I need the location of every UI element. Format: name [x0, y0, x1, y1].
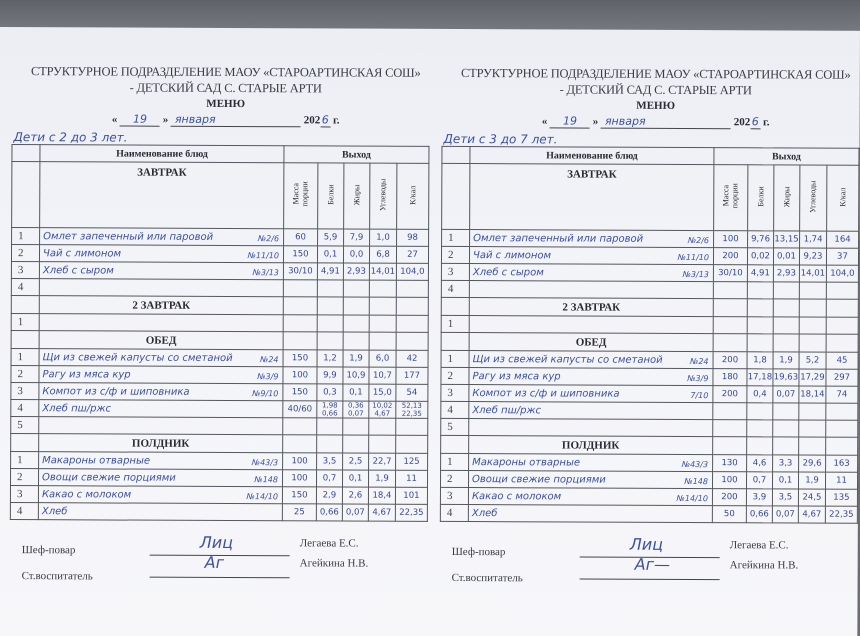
value-carbs: 1,0 — [370, 229, 397, 246]
value-carbs: 1,74 — [800, 231, 827, 248]
value-kcal: 177 — [396, 367, 428, 384]
value-protein: 3,9 — [746, 489, 772, 506]
column-header-label: Масса порции — [292, 182, 310, 207]
value-mass: 100 — [283, 453, 317, 470]
menu-row: 3Какао с молоком№14/102003,93,524,5135 — [440, 487, 857, 506]
dish-cell: Чай с лимоном№11/10 — [469, 247, 713, 265]
value-kcal: 22,35 — [395, 504, 427, 521]
section-title: ЗАВТРАК — [40, 162, 284, 229]
menu-title: МЕНЮ — [12, 97, 440, 111]
senior-teacher-label: Ст.воспитатель — [22, 570, 93, 582]
value-mass — [283, 418, 317, 435]
row-number: 4 — [10, 503, 38, 520]
value-carbs: 29,6 — [799, 455, 826, 472]
value-protein — [317, 418, 343, 435]
dish-name: Чай с лимоном — [473, 250, 551, 261]
empty-cell — [283, 435, 317, 453]
menu-table: Наименование блюдВыходЗАВТРАКМасса порци… — [440, 146, 860, 524]
empty-cell — [317, 297, 343, 315]
dish-name: Рагу из мяса кур — [472, 371, 560, 382]
chef-label: Шеф-повар — [452, 546, 506, 558]
value-carbs: 18,4 — [368, 487, 395, 504]
dish-name: Макароны отварные — [42, 455, 150, 466]
value-carbs: 5,2 — [799, 352, 826, 369]
date-month: января — [601, 115, 731, 130]
value-protein: 4,6 — [747, 455, 773, 472]
value-carbs — [799, 282, 826, 299]
value-carbs: 6,8 — [369, 246, 396, 263]
empty-cell — [713, 299, 747, 317]
dish-name: Хлеб — [472, 508, 498, 519]
value-kcal — [396, 315, 428, 332]
chef-name: Легаева Е.С. — [730, 539, 789, 551]
section-number-cell — [11, 296, 39, 314]
empty-cell — [713, 334, 747, 352]
value-protein: 3,5 — [317, 453, 343, 470]
value-carbs: 14,01 — [799, 265, 826, 282]
dish-cell: Компот из с/ф и шиповника№9/10 — [39, 383, 283, 401]
menu-row: 2Чай с лимоном№11/101500,10,06,827 — [11, 245, 428, 264]
date-year-prefix: 202 — [304, 114, 321, 126]
row-number: 3 — [11, 262, 39, 279]
senior-teacher-signature-line — [150, 577, 290, 579]
value-kcal: 22,35 — [825, 506, 857, 523]
organization-line-1: СТРУКТУРНОЕ ПОДРАЗДЕЛЕНИЕ МАОУ «СТАРОАРТ… — [442, 65, 860, 83]
column-header-label: Масса порции — [722, 184, 740, 209]
column-header-carbs: Углеводы — [800, 165, 827, 231]
value-fat: 0,07 — [773, 386, 799, 403]
section-header-row: ЗАВТРАКМасса порцииБелкиЖирыУглеводыК/ка… — [12, 162, 429, 230]
menu-row: 2Рагу из мяса кур№3/918017,1819,6317,292… — [441, 367, 858, 386]
row-number: 3 — [11, 383, 39, 400]
date-day: 19 — [550, 114, 590, 128]
value-fat: 0,0 — [343, 246, 369, 263]
value-carbs: 4,67 — [368, 504, 395, 521]
value-mass: 180 — [713, 369, 747, 386]
menu-row: 3Компот из с/ф и шиповника№9/101500,30,1… — [11, 383, 428, 402]
value-fat: 10,9 — [343, 367, 369, 384]
value-protein: 1,980,66 — [317, 401, 343, 418]
dish-cell: Рагу из мяса кур№3/9 — [469, 368, 713, 386]
column-header-protein: Белки — [318, 163, 344, 229]
value-protein: 9,76 — [748, 231, 774, 248]
dish-cell: Чай с лимоном№11/10 — [39, 245, 283, 263]
menu-row: 2Овощи свежие порциями№1481000,70,11,911 — [10, 469, 427, 488]
value-kcal: 104,0 — [826, 265, 858, 282]
row-number: 1 — [442, 229, 470, 246]
header-number-cell — [442, 146, 470, 163]
value-protein-part: 1,98 — [317, 401, 342, 409]
value-fat: 7,9 — [344, 229, 370, 246]
date-close-quote: » — [593, 116, 599, 128]
section-number-cell — [441, 332, 469, 350]
recipe-code: №43/3 — [682, 460, 708, 469]
empty-cell — [283, 332, 317, 350]
section-header-row: ПОЛДНИК — [11, 434, 428, 454]
empty-cell — [826, 437, 858, 455]
dish-cell: Хлеб — [38, 503, 282, 521]
section-header-row: ЗАВТРАКМасса порцииБелкиЖирыУглеводыК/ка… — [442, 163, 859, 231]
column-header-label: Жиры — [782, 186, 791, 207]
dish-cell: Овощи свежие порциями№148 — [38, 469, 282, 487]
recipe-code: №43/3 — [252, 458, 278, 467]
value-protein — [747, 420, 773, 437]
value-protein: 0,02 — [747, 248, 773, 265]
section-number-cell — [12, 162, 40, 228]
row-number: 2 — [441, 246, 469, 263]
value-mass: 100 — [283, 367, 317, 384]
value-kcal-part: 22,35 — [396, 410, 427, 418]
dish-cell — [39, 417, 283, 435]
section-header-row: 2 ЗАВТРАК — [11, 296, 428, 316]
value-mass: 200 — [713, 352, 747, 369]
value-mass: 60 — [284, 229, 318, 246]
dish-name: Рагу из мяса кур — [42, 369, 130, 380]
row-number: 3 — [441, 263, 469, 280]
value-fat: 0,01 — [773, 248, 799, 265]
value-protein: 0,7 — [746, 472, 772, 489]
dish-cell: Хлеб с сыром№3/13 — [39, 262, 283, 280]
value-fat: 2,93 — [773, 265, 799, 282]
section-title: ПОЛДНИК — [469, 436, 713, 455]
recipe-code: №9/10 — [252, 389, 278, 398]
dish-cell: Омлет запеченный или паровой№2/6 — [470, 230, 714, 248]
section-number-cell — [441, 297, 469, 315]
empty-cell — [826, 334, 858, 352]
value-mass — [713, 282, 747, 299]
chef-signature: Лиц — [630, 535, 663, 554]
value-protein: 0,66 — [746, 506, 772, 523]
value-protein-part: 0,66 — [317, 409, 342, 417]
value-mass: 200 — [713, 248, 747, 265]
value-carbs — [369, 418, 396, 435]
senior-teacher-name: Агейкина Н.В. — [300, 557, 369, 569]
dish-name: Макароны отварные — [472, 457, 580, 468]
value-mass — [713, 420, 747, 437]
row-number: 2 — [11, 366, 39, 383]
value-carbs: 18,14 — [799, 386, 826, 403]
empty-cell — [747, 334, 773, 352]
menu-row: 1 — [441, 315, 858, 334]
value-carbs-part: 10,02 — [369, 402, 395, 410]
empty-cell — [773, 334, 799, 352]
senior-teacher-label: Ст.воспитатель — [452, 572, 523, 584]
row-number: 4 — [441, 280, 469, 297]
dish-name: Щи из свежей капусты со сметаной — [43, 352, 233, 364]
senior-teacher-signature: Аг— — [635, 555, 670, 574]
row-number: 2 — [11, 245, 39, 262]
value-protein — [747, 282, 773, 299]
signature-block: Шеф-повар Лиц Легаева Е.С. Ст.воспитател… — [440, 534, 860, 586]
recipe-code: №3/13 — [253, 268, 279, 277]
empty-cell — [799, 437, 826, 455]
empty-cell — [369, 332, 396, 350]
dish-name: Омлет запеченный или паровой — [473, 233, 643, 245]
senior-teacher-signature-line — [580, 579, 720, 581]
dish-cell — [469, 316, 713, 334]
menu-title: МЕНЮ — [442, 99, 860, 113]
value-mass: 150 — [283, 350, 317, 367]
recipe-code: №14/10 — [677, 494, 708, 503]
value-fat: 0,1 — [342, 470, 368, 487]
value-fat — [343, 418, 369, 435]
value-fat: 2,6 — [342, 487, 368, 504]
organization-line-2: - ДЕТСКИЙ САД С. СТАРЫЕ АРТИ — [442, 81, 860, 99]
column-header-label: Жиры — [352, 184, 361, 205]
header-output: Выход — [714, 148, 859, 166]
dish-cell — [469, 281, 713, 299]
dish-name: Компот из с/ф и шиповника — [42, 386, 189, 398]
section-number-cell — [442, 163, 470, 229]
section-title: ПОЛДНИК — [39, 434, 283, 453]
empty-cell — [747, 437, 773, 455]
date-open-quote: « — [112, 113, 118, 125]
value-fat: 19,63 — [773, 369, 799, 386]
menu-row: 2Рагу из мяса кур№3/91009,910,910,7177 — [11, 366, 428, 385]
value-mass: 40/60 — [283, 401, 317, 418]
value-protein: 5,9 — [318, 229, 344, 246]
empty-cell — [396, 435, 428, 453]
value-fat: 2,93 — [343, 263, 369, 280]
value-carbs-part: 4,67 — [369, 410, 395, 418]
empty-cell — [317, 332, 343, 350]
value-fat: 0,360,07 — [343, 401, 369, 418]
menu-date: « 19 » января 2026 г. — [12, 112, 440, 128]
column-header-label: Белки — [326, 184, 335, 204]
dish-cell: Хлеб пш/ржс — [39, 400, 283, 418]
row-number: 1 — [441, 315, 469, 332]
value-mass: 25 — [282, 504, 316, 521]
value-carbs — [799, 317, 826, 334]
value-mass: 50 — [712, 506, 746, 523]
value-kcal: 11 — [395, 470, 427, 487]
value-mass: 200 — [712, 489, 746, 506]
value-protein: 0,4 — [747, 386, 773, 403]
menu-row: 4Хлеб500,660,074,6722,35 — [440, 504, 857, 523]
value-fat — [773, 282, 799, 299]
dish-name: Чай с лимоном — [43, 248, 121, 259]
value-kcal-part: 52,13 — [396, 402, 427, 410]
value-kcal: 11 — [825, 472, 857, 489]
senior-teacher-signature: Аг — [205, 553, 224, 572]
section-header-row: ОБЕД — [11, 331, 428, 351]
value-fat: 1,9 — [773, 352, 799, 369]
value-fat: 3,5 — [772, 489, 798, 506]
recipe-code: №3/9 — [257, 372, 278, 381]
menu-row: 4 — [441, 280, 858, 299]
value-kcal — [826, 317, 858, 334]
column-header-carbs: Углеводы — [370, 163, 397, 229]
menu-row: 4Хлеб пш/ржс40/601,980,660,360,0710,024,… — [11, 400, 428, 419]
menu-row: 4 — [11, 279, 428, 298]
dish-name: Овощи свежие порциями — [472, 474, 606, 486]
menu-row: 4Хлеб250,660,074,6722,35 — [10, 503, 427, 522]
column-header-fat: Жиры — [344, 163, 370, 229]
chef-label: Шеф-повар — [22, 544, 76, 556]
recipe-code: №24 — [690, 357, 709, 366]
empty-cell — [396, 297, 428, 315]
row-number: 1 — [11, 314, 39, 331]
row-number: 2 — [440, 470, 468, 487]
age-group: Дети с 2 до 3 лет. — [13, 130, 439, 146]
value-mass: 130 — [713, 455, 747, 472]
value-fat: 0,07 — [772, 506, 798, 523]
value-kcal — [826, 403, 858, 420]
menu-row: 4Хлеб пш/ржс — [441, 401, 858, 420]
header-dish-name: Наименование блюд — [470, 147, 714, 165]
value-kcal: 104,0 — [396, 263, 428, 280]
menu-row: 1Омлет запеченный или паровой№2/61009,76… — [442, 229, 859, 248]
section-number-cell — [11, 331, 39, 349]
section-number-cell — [11, 434, 39, 452]
value-protein: 4,91 — [317, 263, 343, 280]
dish-cell: Хлеб пш/ржс — [469, 402, 713, 420]
menu-row: 5 — [441, 418, 858, 437]
value-carbs: 1,9 — [368, 470, 395, 487]
value-kcal: 42 — [396, 350, 428, 367]
section-title: 2 ЗАВТРАК — [469, 298, 713, 317]
value-fat — [773, 420, 799, 437]
column-header-label: Белки — [756, 186, 765, 206]
value-carbs: 4,67 — [798, 506, 825, 523]
value-protein: 4,91 — [747, 265, 773, 282]
column-header-mass: Масса порции — [284, 163, 318, 229]
value-mass — [283, 315, 317, 332]
header-dish-name: Наименование блюд — [40, 145, 284, 163]
value-protein: 1,2 — [317, 350, 343, 367]
section-title: 2 ЗАВТРАК — [39, 296, 283, 315]
empty-cell — [747, 299, 773, 317]
value-fat-part: 0,36 — [343, 402, 368, 410]
value-protein: 0,1 — [317, 246, 343, 263]
date-year-suffix: 6 — [320, 113, 330, 127]
value-kcal: 297 — [826, 369, 858, 386]
value-fat-part: 0,07 — [343, 410, 368, 418]
date-year-unit: г. — [763, 116, 770, 128]
dish-name: Овощи свежие порциями — [42, 472, 176, 484]
row-number: 1 — [11, 349, 39, 366]
row-number: 4 — [11, 279, 39, 296]
dish-cell: Компот из с/ф и шиповника7/10 — [469, 385, 713, 403]
value-kcal: 164 — [827, 231, 859, 248]
value-kcal: 74 — [826, 386, 858, 403]
value-kcal: 54 — [396, 384, 428, 401]
menu-row: 2Овощи свежие порциями№1481000,70,11,911 — [440, 470, 857, 489]
value-protein: 9,9 — [317, 367, 343, 384]
recipe-code: №3/13 — [683, 270, 709, 279]
age-group: Дети с 3 до 7 лет. — [443, 132, 860, 148]
value-protein — [317, 315, 343, 332]
dish-name: Какао с молоком — [472, 491, 561, 502]
value-fat — [343, 315, 369, 332]
background-surface — [0, 0, 860, 30]
row-number: 4 — [11, 400, 39, 417]
dish-cell: Щи из свежей капусты со сметаной№24 — [469, 351, 713, 369]
menu-row: 1Макароны отварные№43/31304,63,329,6163 — [441, 453, 858, 472]
recipe-code: №3/9 — [687, 374, 708, 383]
menu-row: 1 — [11, 314, 428, 333]
value-carbs: 10,7 — [369, 367, 396, 384]
value-fat — [773, 317, 799, 334]
menu-row: 3Хлеб с сыром№3/1330/104,912,9314,01104,… — [11, 262, 428, 281]
value-kcal: 45 — [826, 352, 858, 369]
section-title: ОБЕД — [39, 331, 283, 350]
chef-signature: Лиц — [200, 533, 233, 552]
row-number: 4 — [441, 401, 469, 418]
menu-row: 2Чай с лимоном№11/102000,020,019,2337 — [441, 246, 858, 265]
column-header-kcal: К/кал — [397, 163, 429, 229]
value-carbs — [369, 315, 396, 332]
empty-cell — [799, 334, 826, 352]
column-header-label: К/кал — [408, 185, 417, 204]
value-fat — [343, 280, 369, 297]
value-fat: 13,15 — [774, 231, 800, 248]
menu-row: 1Щи из свежей капусты со сметаной№241501… — [11, 349, 428, 368]
empty-cell — [773, 437, 799, 455]
value-carbs — [799, 403, 826, 420]
value-carbs: 14,01 — [369, 263, 396, 280]
column-header-label: Углеводы — [809, 180, 818, 212]
value-fat: 0,1 — [343, 384, 369, 401]
header-output: Выход — [284, 146, 429, 164]
empty-cell — [369, 435, 396, 453]
section-title: ЗАВТРАК — [470, 164, 714, 231]
row-number: 3 — [10, 486, 38, 503]
table-header-row: Наименование блюдВыход — [442, 146, 859, 165]
value-protein: 17,18 — [747, 369, 773, 386]
value-mass — [283, 280, 317, 297]
value-fat: 2,5 — [343, 453, 369, 470]
empty-cell — [773, 299, 799, 317]
menu-row: 1Щи из свежей капусты со сметаной№242001… — [441, 350, 858, 369]
column-header-kcal: К/кал — [827, 165, 859, 231]
menu-sheet-toddlers: СТРУКТУРНОЕ ПОДРАЗДЕЛЕНИЕ МАОУ «СТАРОАРТ… — [10, 63, 440, 584]
value-mass: 100 — [712, 472, 746, 489]
value-kcal: 125 — [396, 453, 428, 470]
dish-cell — [39, 279, 283, 297]
signature-block: Шеф-повар Лиц Легаева Е.С. Ст.воспитател… — [10, 532, 438, 584]
empty-cell — [317, 435, 343, 453]
value-mass: 150 — [282, 487, 316, 504]
row-number: 2 — [10, 469, 38, 486]
menu-sheet-preschool: СТРУКТУРНОЕ ПОДРАЗДЕЛЕНИЕ МАОУ «СТАРОАРТ… — [440, 65, 860, 586]
value-kcal: 163 — [826, 455, 858, 472]
senior-teacher-name: Агейкина Н.В. — [730, 559, 799, 571]
value-kcal: 52,1322,35 — [396, 401, 428, 418]
empty-cell — [826, 299, 858, 317]
recipe-code: №24 — [260, 355, 279, 364]
value-kcal — [826, 420, 858, 437]
dish-name: Хлеб с сыром — [473, 267, 544, 278]
recipe-code: №11/10 — [248, 251, 279, 260]
value-fat — [773, 403, 799, 420]
value-carbs — [369, 280, 396, 297]
organization-line-2: - ДЕТСКИЙ САД С. СТАРЫЕ АРТИ — [12, 79, 440, 97]
row-number: 3 — [440, 487, 468, 504]
value-mass — [713, 403, 747, 420]
dish-name: Омлет запеченный или паровой — [43, 231, 213, 243]
value-protein: 1,8 — [747, 352, 773, 369]
value-protein: 0,7 — [316, 470, 342, 487]
menu-date: « 19 » января 2026 г. — [442, 114, 860, 130]
recipe-code: №2/6 — [258, 234, 279, 243]
value-kcal — [826, 282, 858, 299]
empty-cell — [283, 297, 317, 315]
row-number: 1 — [11, 452, 39, 469]
value-mass: 150 — [283, 246, 317, 263]
column-header-protein: Белки — [748, 165, 774, 231]
recipe-code: №148 — [254, 475, 278, 484]
